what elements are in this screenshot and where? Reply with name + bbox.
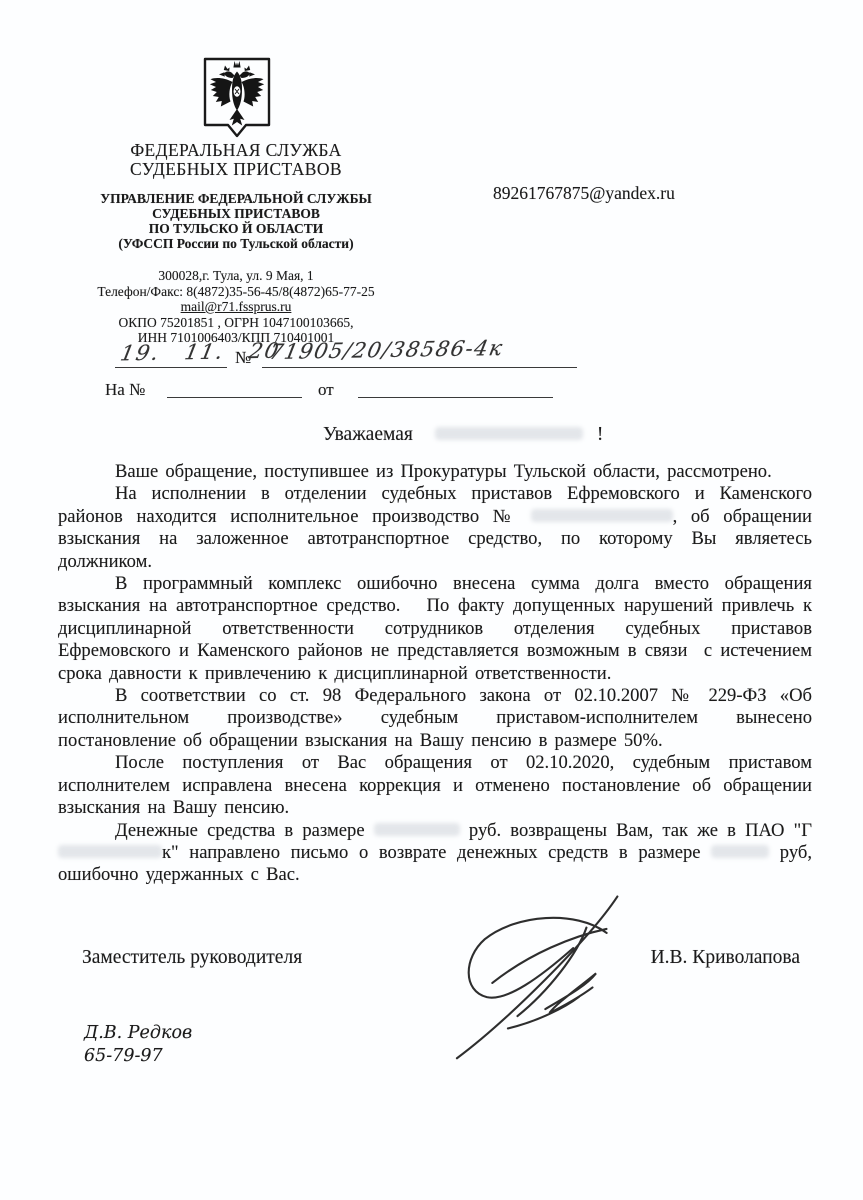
okpo-ogrn: ОКПО 75201851 , ОГРН 1047100103665, xyxy=(70,315,402,331)
recipient-email: 89261767875@yandex.ru xyxy=(493,183,675,204)
russia-coat-of-arms-icon xyxy=(201,56,273,142)
division-line2: СУДЕБНЫХ ПРИСТАВОВ xyxy=(70,206,402,221)
postal-address: 300028,г. Тула, ул. 9 Мая, 1 xyxy=(70,268,402,284)
handwritten-signature-icon xyxy=(448,893,653,1061)
scanned-letter-page: ФЕДЕРАЛЬНАЯ СЛУЖБА СУДЕБНЫХ ПРИСТАВОВ УП… xyxy=(0,0,863,1200)
org-name-line1: ФЕДЕРАЛЬНАЯ СЛУЖБА xyxy=(70,141,402,160)
executor-name: Д.В. Редков xyxy=(84,1022,192,1045)
contacts-block: 300028,г. Тула, ул. 9 Мая, 1 Телефон/Фак… xyxy=(70,268,402,346)
redacted-case-number xyxy=(531,509,673,522)
reply-date-underline xyxy=(358,376,553,398)
paragraph-2: На исполнении в отделении судебных прист… xyxy=(58,483,812,573)
paragraph-1: Ваше обращение, поступившее из Прокурату… xyxy=(58,461,812,483)
division-name: УПРАВЛЕНИЕ ФЕДЕРАЛЬНОЙ СЛУЖБЫ СУДЕБНЫХ П… xyxy=(70,191,402,251)
letterhead: ФЕДЕРАЛЬНАЯ СЛУЖБА СУДЕБНЫХ ПРИСТАВОВ УП… xyxy=(70,141,402,346)
paragraph-6-text-a: Денежные средства в размере xyxy=(115,820,365,841)
paragraph-3: В программный комплекс ошибочно внесена … xyxy=(58,573,812,685)
org-name-line2: СУДЕБНЫХ ПРИСТАВОВ xyxy=(70,160,402,179)
redacted-amount-1 xyxy=(374,823,460,836)
redacted-bank-name xyxy=(58,845,162,858)
division-line4: (УФССП России по Тульской области) xyxy=(70,236,402,251)
signer-name: И.В. Криволапова xyxy=(651,947,800,969)
sender-email-link: mail@r71.fssprus.ru xyxy=(70,299,402,315)
paragraph-5: После поступления от Вас обращения от 02… xyxy=(58,752,812,819)
signer-position-title: Заместитель руководителя xyxy=(82,947,302,969)
outgoing-ref-line: № 19. 11. 20 71905/20/38586-4к xyxy=(115,342,675,374)
reply-from-label: от xyxy=(318,380,334,400)
paragraph-6-text-c: к" направлено письмо о возврате денежных… xyxy=(162,842,701,863)
paragraph-6: Денежные средства в размере руб. возвращ… xyxy=(58,820,812,887)
division-line3: ПО ТУЛЬСКО Й ОБЛАСТИ xyxy=(70,221,402,236)
incoming-ref-line: На № от xyxy=(105,376,585,404)
phone-fax: Телефон/Факс: 8(4872)35-56-45/8(4872)65-… xyxy=(70,284,402,300)
paragraph-4: В соответствии со ст. 98 Федерального за… xyxy=(58,685,812,752)
salutation-prefix: Уважаемая xyxy=(323,424,413,445)
salutation-suffix: ! xyxy=(597,424,604,445)
redacted-amount-2 xyxy=(711,845,769,858)
letter-body: Ваше обращение, поступившее из Прокурату… xyxy=(58,461,812,887)
salutation: Уважаемая! xyxy=(323,424,603,446)
executor-block: Д.В. Редков 65-79-97 xyxy=(84,1022,192,1068)
reply-ref-label: На № xyxy=(105,380,145,400)
division-line1: УПРАВЛЕНИЕ ФЕДЕРАЛЬНОЙ СЛУЖБЫ xyxy=(70,191,402,206)
handwritten-date: 19. 11. 20 xyxy=(118,339,282,366)
paragraph-6-text-b: руб. возвращены Вам, так же в ПАО "Г xyxy=(469,820,812,841)
handwritten-number: 71905/20/38586-4к xyxy=(267,336,505,364)
executor-phone: 65-79-97 xyxy=(84,1045,192,1068)
redacted-recipient-name xyxy=(435,427,583,440)
reply-number-underline xyxy=(167,376,302,398)
